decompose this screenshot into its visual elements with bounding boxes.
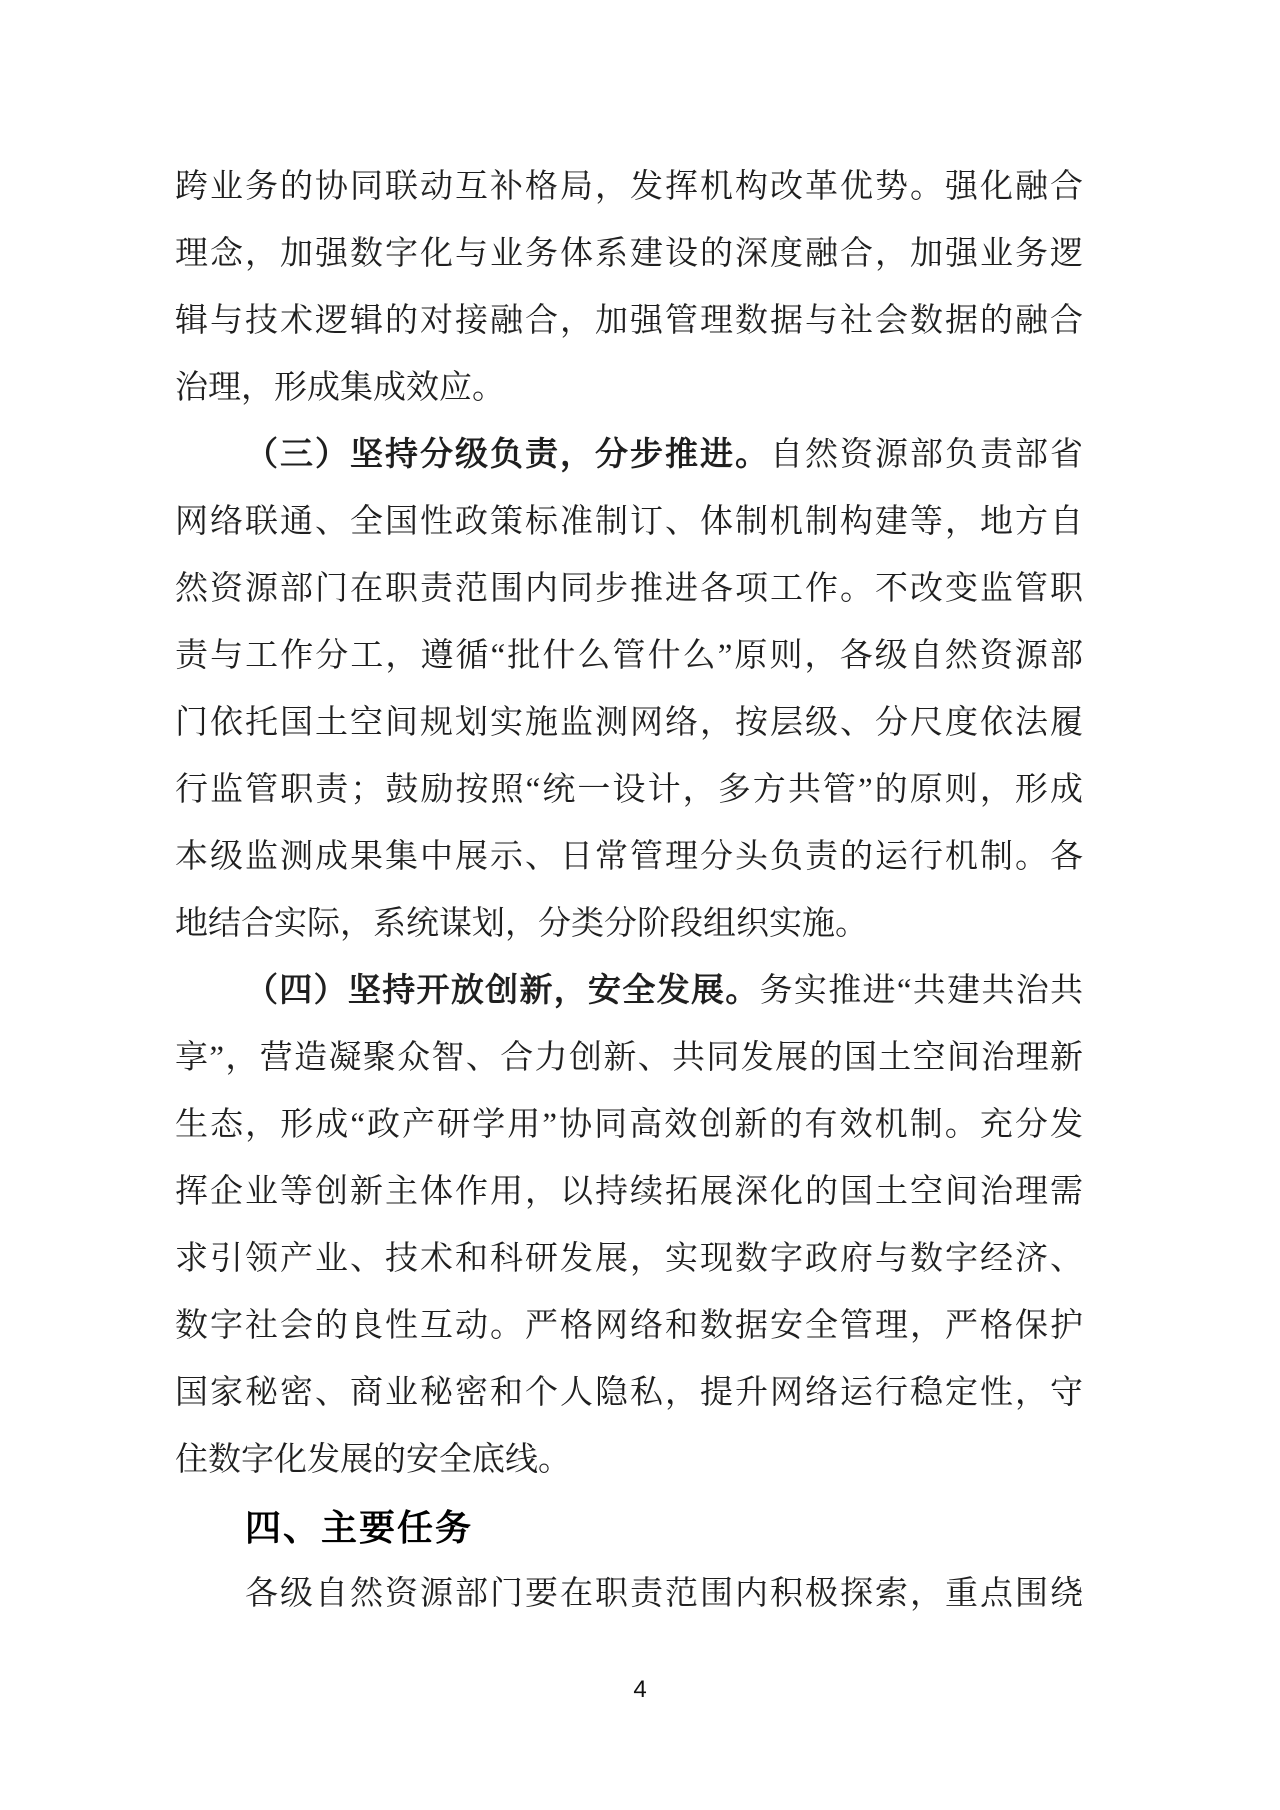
text-line: 理念，加强数字化与业务体系建设的深度融合，加强业务逻 [175, 221, 1083, 288]
text-segment: 数字社会的良性互动。严格网络和数据安全管理，严格保护 [175, 1308, 1083, 1344]
text-segment: 住数字化发展的安全底线。 [175, 1442, 571, 1478]
text-segment: 挥企业等创新主体作用，以持续拓展深化的国土空间治理需 [175, 1174, 1083, 1210]
text-line: 责与工作分工，遵循“批什么管什么”原则，各级自然资源部 [175, 623, 1083, 690]
text-segment: 享”，营造凝聚众智、合力创新、共同发展的国土空间治理新 [175, 1040, 1083, 1076]
text-line: 住数字化发展的安全底线。 [175, 1427, 1083, 1494]
text-segment: 网络联通、全国性政策标准制订、体制机制构建等，地方自 [175, 504, 1083, 540]
section-heading: 四、主要任务 [175, 1494, 1083, 1561]
text-line: （三）坚持分级负责，分步推进。自然资源部负责部省 [175, 422, 1083, 489]
text-segment: 国家秘密、商业秘密和个人隐私，提升网络运行稳定性，守 [175, 1375, 1083, 1411]
text-segment: 行监管职责；鼓励按照“统一设计，多方共管”的原则，形成 [175, 772, 1083, 808]
text-segment: 务实推进“共建共治共 [760, 973, 1083, 1009]
text-line: 辑与技术逻辑的对接融合，加强管理数据与社会数据的融合 [175, 288, 1083, 355]
text-segment: 本级监测成果集中展示、日常管理分头负责的运行机制。各 [175, 839, 1083, 875]
text-segment: 自然资源部负责部省 [770, 437, 1083, 473]
text-line: 跨业务的协同联动互补格局，发挥机构改革优势。强化融合 [175, 154, 1083, 221]
text-line: 门依托国土空间规划实施监测网络，按层级、分尺度依法履 [175, 690, 1083, 757]
text-line: 数字社会的良性互动。严格网络和数据安全管理，严格保护 [175, 1293, 1083, 1360]
text-segment: 求引领产业、技术和科研发展，实现数字政府与数字经济、 [175, 1241, 1083, 1277]
text-segment: 跨业务的协同联动互补格局，发挥机构改革优势。强化融合 [175, 169, 1083, 205]
text-segment: 门依托国土空间规划实施监测网络，按层级、分尺度依法履 [175, 705, 1083, 741]
page-number: 4 [0, 1676, 1280, 1704]
bold-text-segment: （三）坚持分级负责，分步推进。 [245, 437, 770, 473]
bold-text-segment: 四、主要任务 [245, 1507, 473, 1548]
text-line: 享”，营造凝聚众智、合力创新、共同发展的国土空间治理新 [175, 1025, 1083, 1092]
document-page: 跨业务的协同联动互补格局，发挥机构改革优势。强化融合理念，加强数字化与业务体系建… [0, 0, 1280, 1810]
text-segment: 辑与技术逻辑的对接融合，加强管理数据与社会数据的融合 [175, 303, 1083, 339]
text-segment: 理念，加强数字化与业务体系建设的深度融合，加强业务逻 [175, 236, 1083, 272]
text-line: 治理，形成集成效应。 [175, 355, 1083, 422]
text-line: （四）坚持开放创新，安全发展。务实推进“共建共治共 [175, 958, 1083, 1025]
text-column: 跨业务的协同联动互补格局，发挥机构改革优势。强化融合理念，加强数字化与业务体系建… [175, 154, 1083, 1628]
text-segment: 生态，形成“政产研学用”协同高效创新的有效机制。充分发 [175, 1107, 1083, 1143]
bold-text-segment: （四）坚持开放创新，安全发展。 [245, 973, 760, 1009]
text-line: 然资源部门在职责范围内同步推进各项工作。不改变监管职 [175, 556, 1083, 623]
text-line: 网络联通、全国性政策标准制订、体制机制构建等，地方自 [175, 489, 1083, 556]
text-line: 地结合实际，系统谋划，分类分阶段组织实施。 [175, 891, 1083, 958]
text-line: 求引领产业、技术和科研发展，实现数字政府与数字经济、 [175, 1226, 1083, 1293]
text-segment: 治理，形成集成效应。 [175, 370, 505, 406]
text-line: 行监管职责；鼓励按照“统一设计，多方共管”的原则，形成 [175, 757, 1083, 824]
text-line: 各级自然资源部门要在职责范围内积极探索，重点围绕 [175, 1561, 1083, 1628]
text-segment: 各级自然资源部门要在职责范围内积极探索，重点围绕 [245, 1576, 1083, 1612]
text-line: 国家秘密、商业秘密和个人隐私，提升网络运行稳定性，守 [175, 1360, 1083, 1427]
text-segment: 然资源部门在职责范围内同步推进各项工作。不改变监管职 [175, 571, 1083, 607]
text-line: 本级监测成果集中展示、日常管理分头负责的运行机制。各 [175, 824, 1083, 891]
text-line: 挥企业等创新主体作用，以持续拓展深化的国土空间治理需 [175, 1159, 1083, 1226]
text-line: 生态，形成“政产研学用”协同高效创新的有效机制。充分发 [175, 1092, 1083, 1159]
text-segment: 地结合实际，系统谋划，分类分阶段组织实施。 [175, 906, 868, 942]
text-segment: 责与工作分工，遵循“批什么管什么”原则，各级自然资源部 [175, 638, 1083, 674]
